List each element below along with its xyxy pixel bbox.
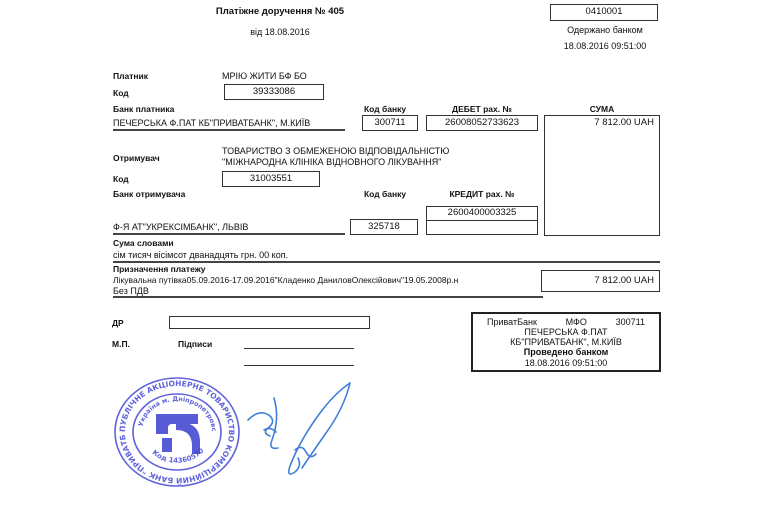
recipient-name-line1: ТОВАРИСТВО З ОБМЕЖЕНОЮ ВІДПОВІДАЛЬНІСТЮ	[222, 146, 449, 156]
document-date: від 18.08.2016	[180, 27, 380, 37]
credit-account-label: КРЕДИТ рах. №	[424, 189, 540, 199]
credit-account-extra-box	[426, 220, 538, 235]
signatures-label: Підписи	[178, 339, 212, 349]
recipient-bank-code-box: 325718	[350, 219, 418, 235]
bank-stamp-bank: ПриватБанк	[487, 317, 537, 327]
payer-bank-name: ПЕЧЕРСЬКА Ф.ПАТ КБ"ПРИВАТБАНК", М.КИЇВ	[113, 118, 310, 128]
received-label: Одержано банком	[530, 25, 680, 35]
received-datetime: 18.08.2016 09:51:00	[530, 41, 680, 51]
bank-stamp-box: ПриватБанк МФО 300711 ПЕЧЕРСЬКА Ф.ПАТ КБ…	[471, 312, 661, 372]
purpose-amount-box: 7 812.00 UAH	[541, 270, 660, 292]
signature-line-2	[244, 365, 354, 366]
amount-box: 7 812.00 UAH	[544, 115, 660, 236]
purpose-line2: Без ПДВ	[113, 286, 149, 296]
amount-words-value: сім тисяч вісімсот дванадцять грн. 00 ко…	[113, 250, 288, 260]
bank-stamp-branch-line1: ПЕЧЕРСЬКА Ф.ПАТ	[473, 327, 659, 337]
amount-label: СУМА	[544, 104, 660, 114]
mp-label: М.П.	[112, 339, 130, 349]
purpose-underline	[113, 296, 543, 298]
payer-bank-code-box: 300711	[362, 115, 418, 131]
payer-name: МРІЮ ЖИТИ БФ БО	[222, 71, 307, 81]
bank-stamp-processed-label: Проведено банком	[473, 347, 659, 358]
bank-stamp-header: ПриватБанк МФО 300711	[473, 314, 659, 327]
recipient-bank-name: Ф-Я АТ"УКРЕКСІМБАНК", ЛЬВІВ	[113, 222, 248, 232]
recipient-code-label: Код	[113, 174, 129, 184]
debit-account-label: ДЕБЕТ рах. №	[424, 104, 540, 114]
recipient-name-line2: "МІЖНАРОДНА КЛІНІКА ВІДНОВНОГО ЛІКУВАННЯ…	[222, 157, 441, 167]
bank-stamp-branch-line2: КБ"ПРИВАТБАНК", М.КИЇВ	[473, 337, 659, 347]
recipient-bank-underline	[113, 233, 345, 235]
payer-label: Платник	[113, 71, 148, 81]
credit-account-box: 2600400003325	[426, 206, 538, 221]
amount-value: 7 812.00 UAH	[594, 117, 654, 128]
recipient-bank-label: Банк отримувача	[113, 189, 185, 199]
recipient-code-box: 31003551	[222, 171, 320, 187]
bank-stamp-processed-datetime: 18.08.2016 09:51:00	[473, 358, 659, 368]
payer-code-label: Код	[113, 88, 129, 98]
bank-seal-icon: ПУБЛІЧНЕ АКЦІОНЕРНЕ ТОВАРИСТВО КОМЕРЦІЙН…	[112, 376, 242, 488]
purpose-line1: Лікувальна путівка05.09.2016-17.09.2016"…	[113, 275, 458, 285]
document-title: Платіжне доручення № 405	[180, 6, 380, 17]
form-code-box: 0410001	[550, 4, 658, 21]
amount-words-underline	[113, 261, 660, 263]
amount-words-label: Сума словами	[113, 238, 174, 248]
purpose-amount: 7 812.00 UAH	[594, 275, 654, 286]
recipient-bank-code-label: Код банку	[350, 189, 420, 199]
payer-code-box: 39333086	[224, 84, 324, 100]
bank-stamp-mfo: 300711	[616, 317, 645, 327]
signature-line-1	[244, 348, 354, 349]
purpose-label: Призначення платежу	[113, 264, 205, 274]
dr-field	[169, 316, 370, 329]
signature-icon	[240, 378, 355, 483]
dr-label: ДР	[112, 318, 124, 328]
payer-bank-underline	[113, 129, 345, 131]
payer-bank-code-label: Код банку	[350, 104, 420, 114]
bank-stamp-mfo-label: МФО	[566, 317, 587, 327]
debit-account-box: 26008052733623	[426, 115, 538, 131]
recipient-label: Отримувач	[113, 153, 160, 163]
payer-bank-label: Банк платника	[113, 104, 174, 114]
